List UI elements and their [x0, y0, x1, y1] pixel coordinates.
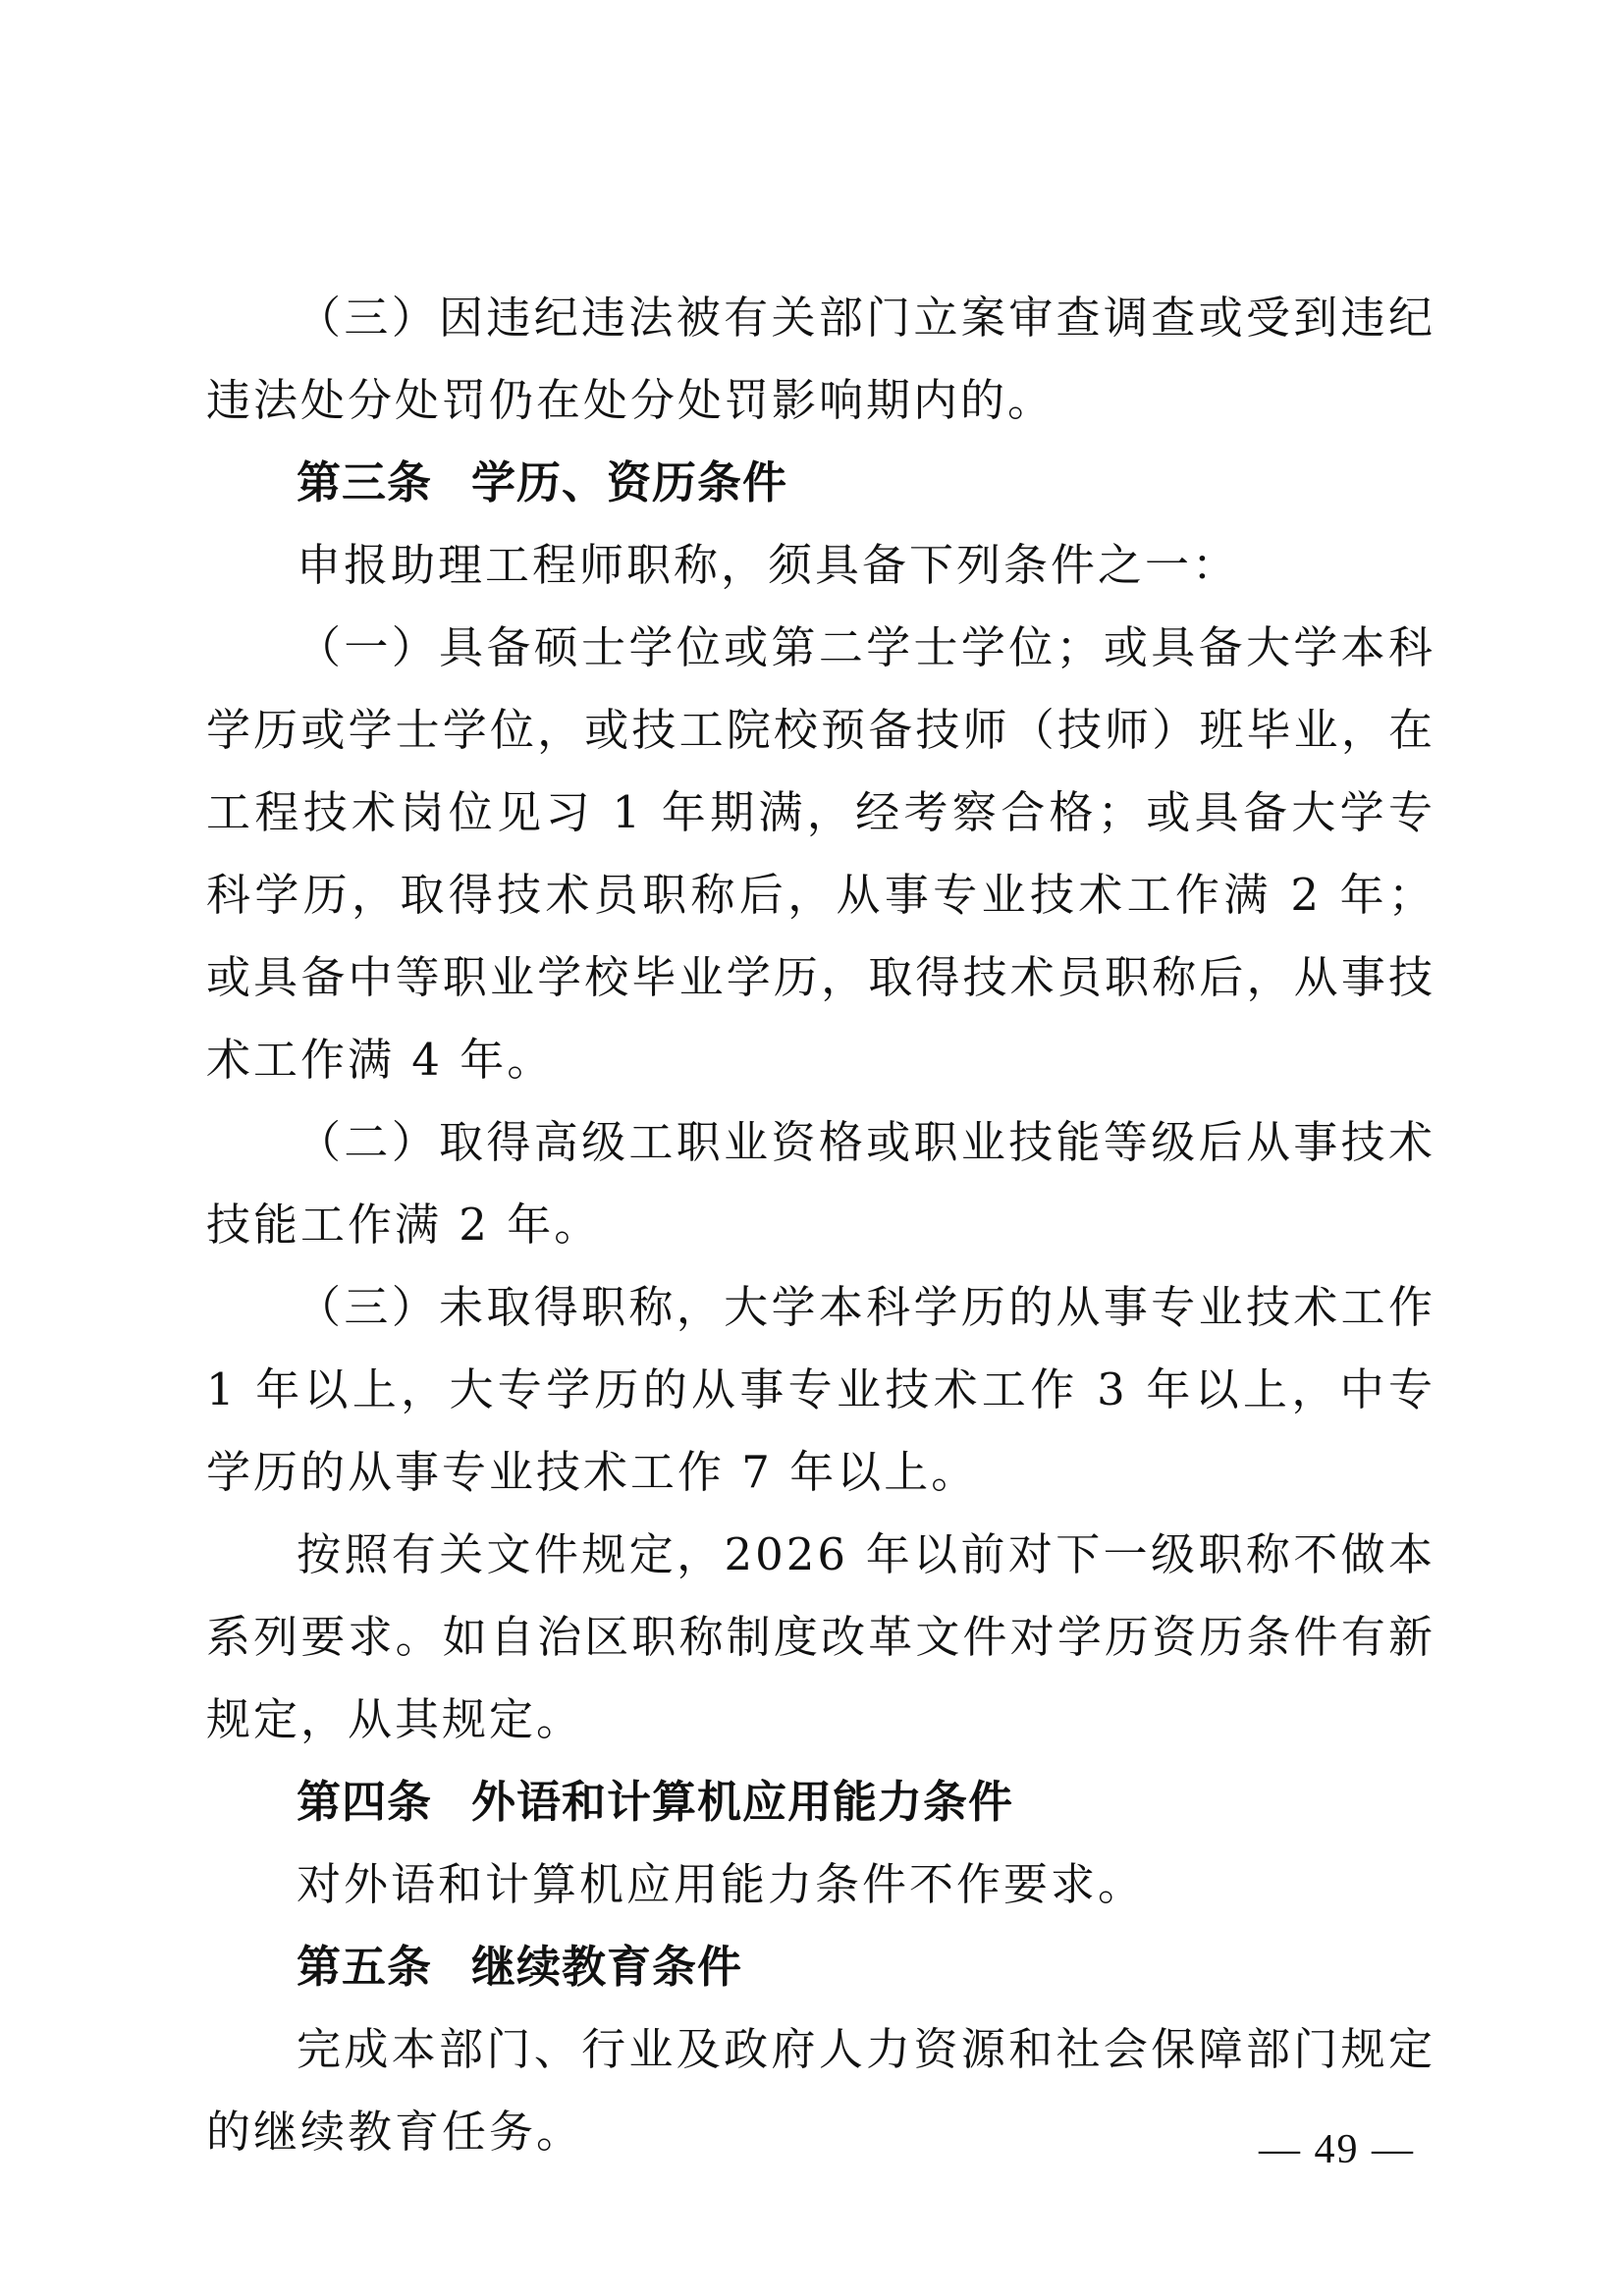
article-3-heading: 第三条学历、资历条件 [206, 442, 1435, 524]
article-3-item-3: （三）未取得职称，大学本科学历的从事专业技术工作 1 年以上，大专学历的从事专业… [206, 1266, 1435, 1514]
article-4-body: 对外语和计算机应用能力条件不作要求。 [206, 1843, 1435, 1926]
article-5-number: 第五条 [297, 1941, 432, 1993]
article-3-note: 按照有关文件规定，2026 年以前对下一级职称不做本系列要求。如自治区职称制度改… [206, 1514, 1435, 1761]
article-4-heading: 第四条外语和计算机应用能力条件 [206, 1761, 1435, 1843]
article-4-number: 第四条 [297, 1776, 432, 1828]
paragraph-disqualification-3: （三）因违纪违法被有关部门立案审查调查或受到违纪违法处分处罚仍在处分处罚影响期内… [206, 277, 1435, 442]
article-3-item-1: （一）具备硕士学位或第二学士学位；或具备大学本科学历或学士学位，或技工院校预备技… [206, 607, 1435, 1101]
document-page: （三）因违纪违法被有关部门立案审查调查或受到违纪违法处分处罚仍在处分处罚影响期内… [206, 277, 1435, 2173]
article-3-intro: 申报助理工程师职称，须具备下列条件之一： [206, 524, 1435, 607]
article-4-title: 外语和计算机应用能力条件 [471, 1776, 1013, 1828]
article-3-item-2: （二）取得高级工职业资格或职业技能等级后从事技术技能工作满 2 年。 [206, 1101, 1435, 1266]
article-5-title: 继续教育条件 [471, 1941, 742, 1993]
page-number: — 49 — [1259, 2126, 1415, 2173]
article-5-body: 完成本部门、行业及政府人力资源和社会保障部门规定的继续教育任务。 [206, 2008, 1435, 2173]
article-5-heading: 第五条继续教育条件 [206, 1926, 1435, 2008]
article-3-number: 第三条 [297, 456, 432, 508]
article-3-title: 学历、资历条件 [471, 456, 787, 508]
